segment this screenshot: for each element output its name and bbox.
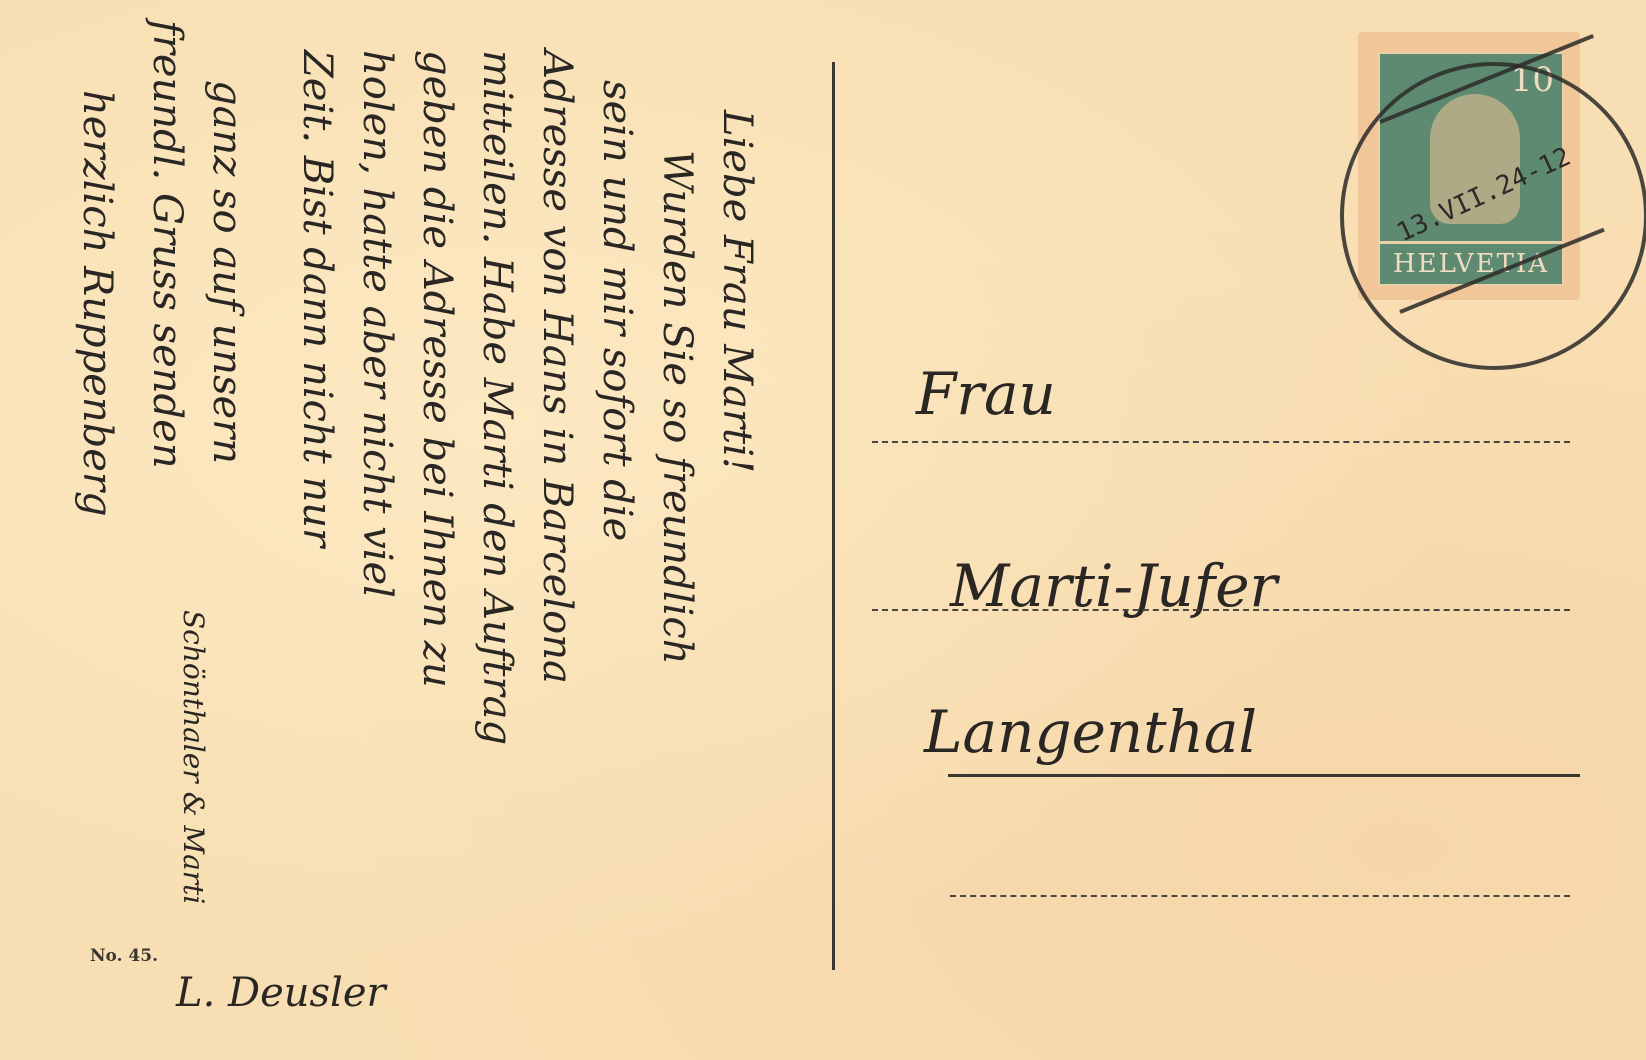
address-salutation: Frau — [916, 360, 1056, 428]
postmark-circle — [1340, 62, 1646, 370]
message-line: Liebe Frau Marti! — [714, 110, 760, 473]
message-line: geben die Adresse bei Ihnen zu — [414, 50, 460, 688]
message-line: holen, hatte aber nicht viel — [354, 50, 400, 598]
address-line — [950, 895, 1570, 897]
address-city: Langenthal — [924, 698, 1257, 766]
message-line: mitteilen. Habe Marti den Auftrag — [474, 50, 520, 745]
message-line: sein und mir sofort die — [594, 80, 640, 541]
print-number: No. 45. — [90, 946, 158, 966]
message-line: ganz so auf unsern — [204, 80, 250, 464]
address-line — [872, 441, 1570, 443]
message-line: Wurden Sie so freundlich — [654, 150, 700, 665]
signature: L. Deusler — [176, 970, 386, 1016]
message-line: freundl. Gruss senden — [144, 20, 190, 469]
postcard-back: Liebe Frau Marti! Wurden Sie so freundli… — [0, 0, 1646, 1060]
message-line: herzlich Ruppenberg — [74, 90, 120, 517]
center-divider — [832, 62, 835, 970]
message-line: Zeit. Bist dann nicht nur — [294, 50, 340, 547]
side-note: Schönthaler & Marti — [177, 610, 210, 904]
message-line: Adresse von Hans in Barcelona — [534, 50, 580, 684]
address-line — [872, 609, 1570, 611]
address-line-underline — [948, 774, 1580, 777]
